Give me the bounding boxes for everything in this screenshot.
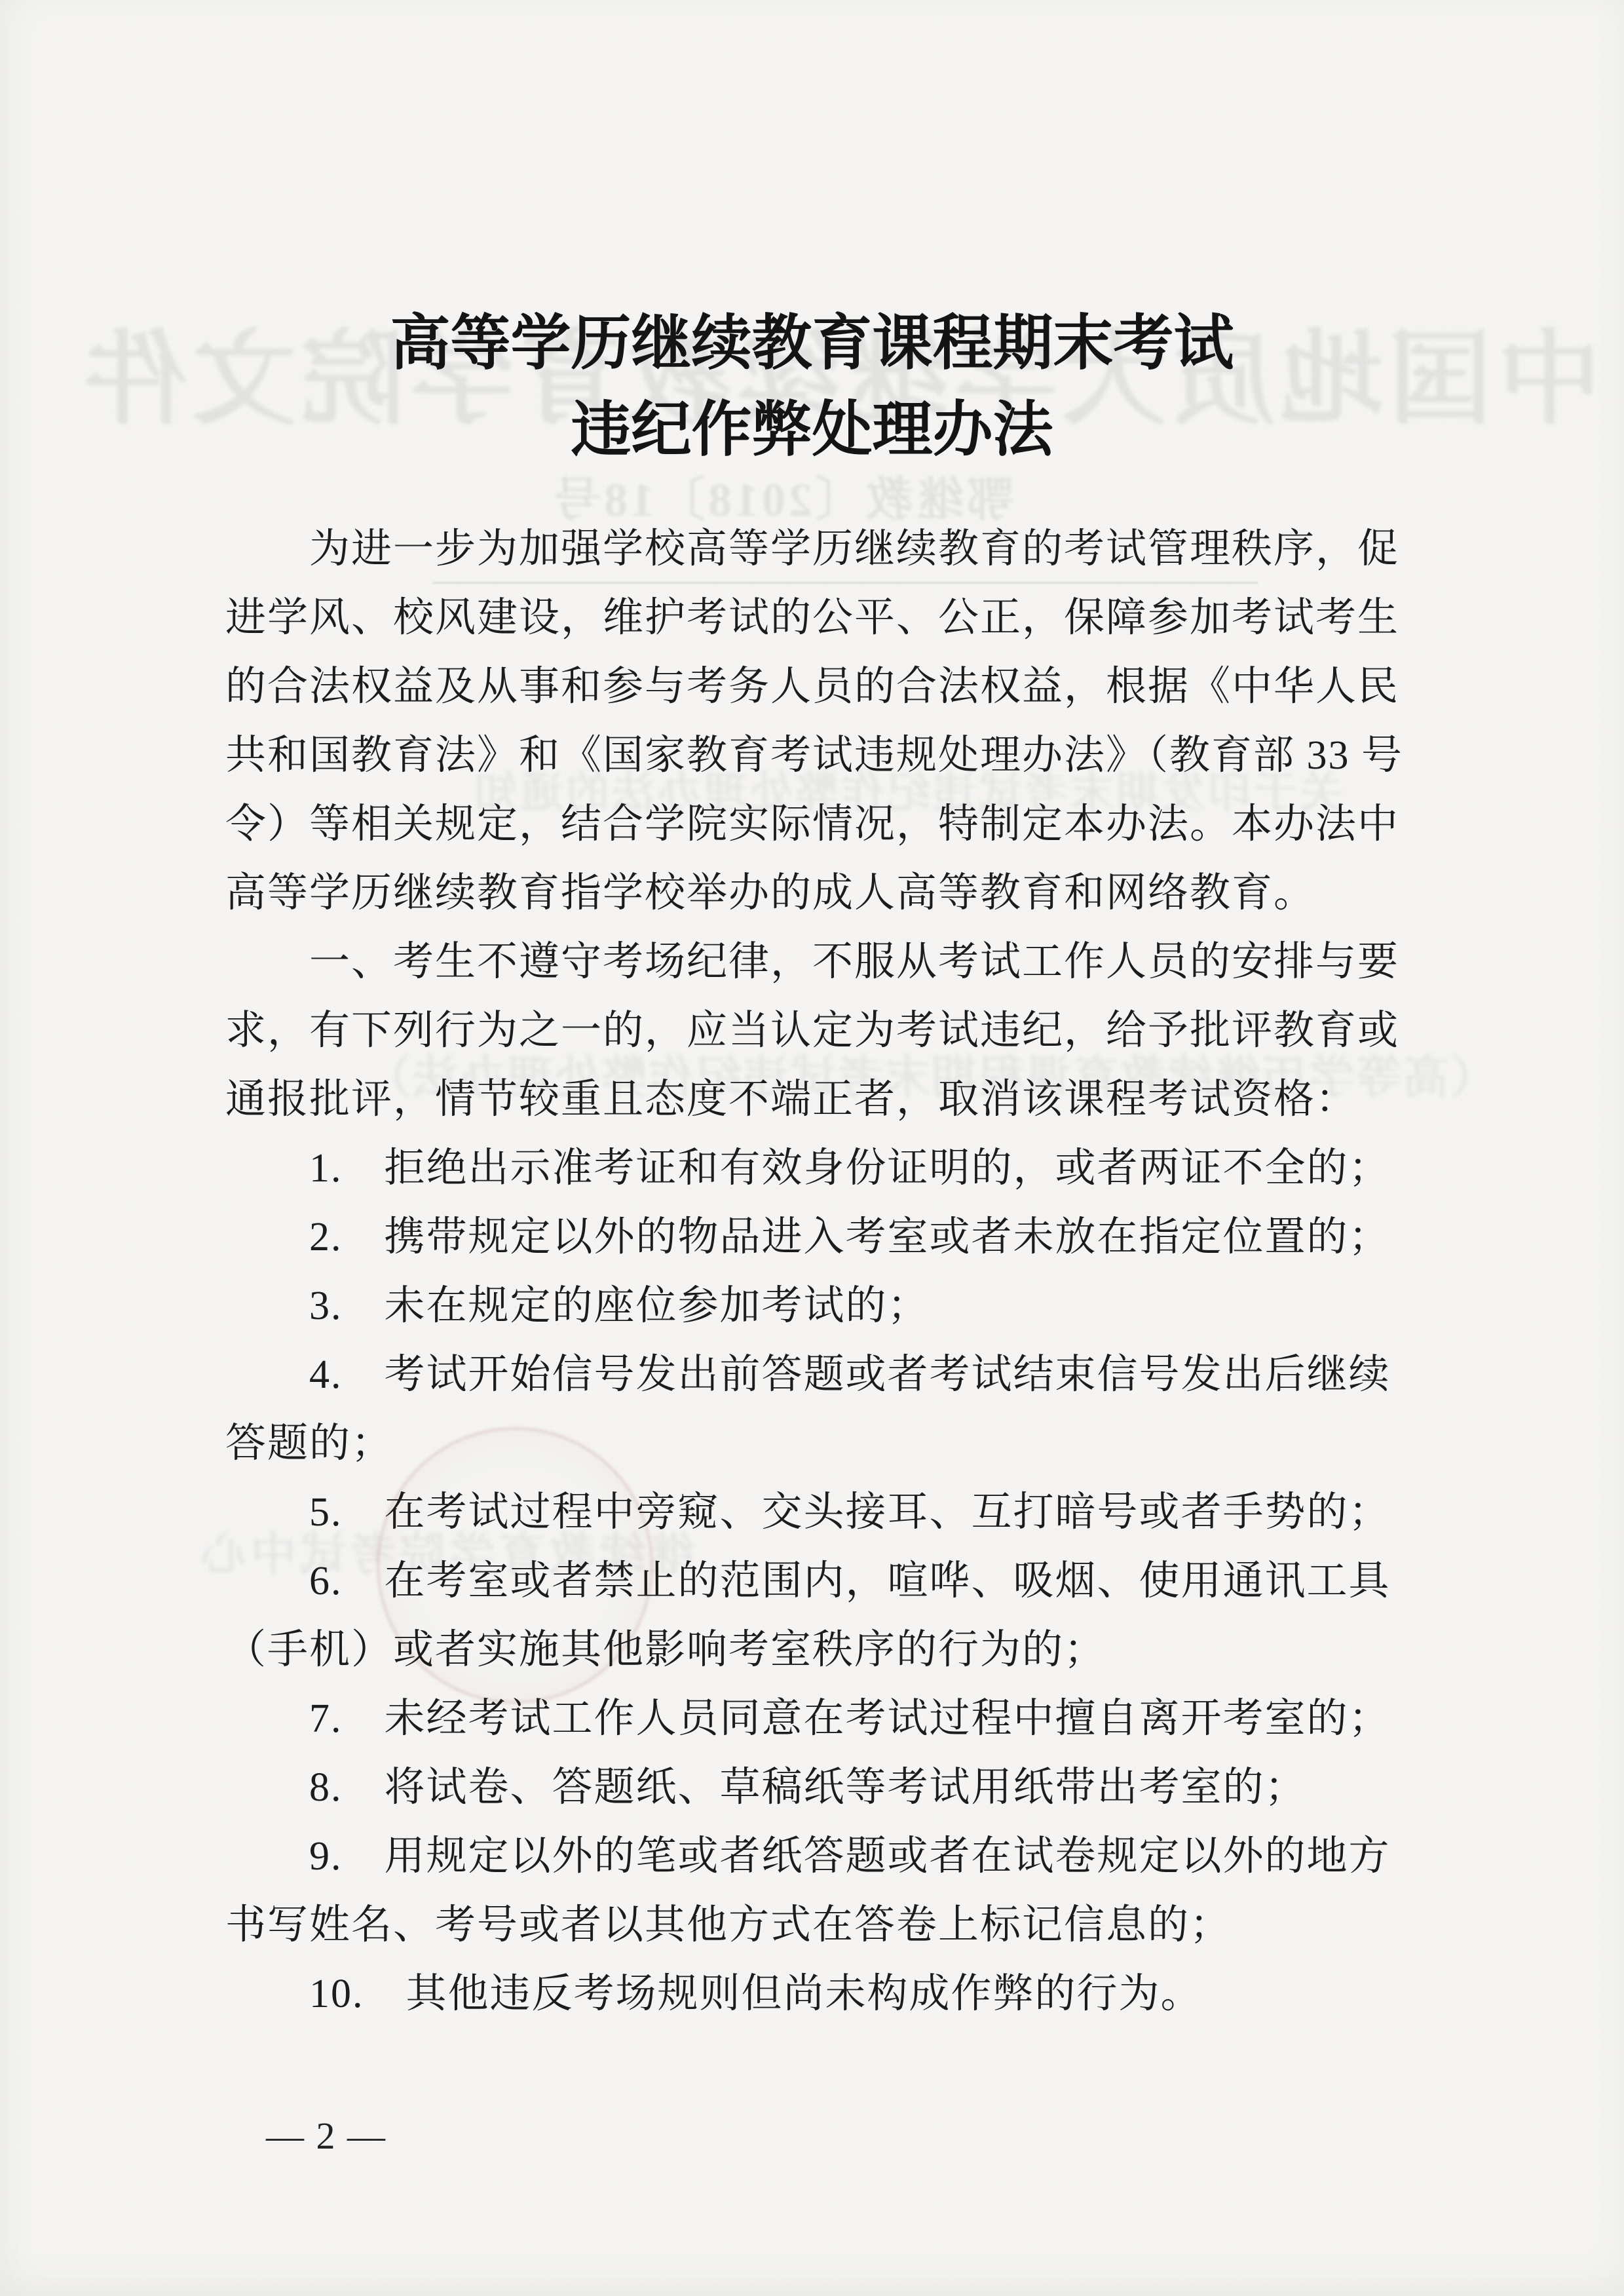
- document-title-line2: 违纪作弊处理办法: [0, 381, 1624, 468]
- document-title-line1: 高等学历继续教育课程期末考试: [0, 295, 1624, 381]
- text-line: 6. 在考室或者禁止的范围内，喧哗、吸烟、使用通讯工具: [225, 1547, 1414, 1616]
- scanned-document-page: 中国地质大学继续教育学院文件 鄂继教〔2018〕18号 关于印发期末考试违纪作弊…: [0, 0, 1624, 2296]
- text-line: 1. 拒绝出示准考证和有效身份证明的，或者两证不全的；: [225, 1134, 1414, 1203]
- text-line: （手机）或者实施其他影响考室秩序的行为的；: [225, 1616, 1414, 1685]
- text-line: 2. 携带规定以外的物品进入考室或者未放在指定位置的；: [225, 1203, 1414, 1272]
- text-line: 5. 在考试过程中旁窥、交头接耳、互打暗号或者手势的；: [225, 1478, 1414, 1547]
- text-line: 进学风、校风建设，维护考试的公平、公正，保障参加考试考生: [225, 584, 1414, 653]
- text-line: 4. 考试开始信号发出前答题或者考试结束信号发出后继续: [225, 1341, 1414, 1409]
- text-line: 8. 将试卷、答题纸、草稿纸等考试用纸带出考室的；: [225, 1753, 1414, 1822]
- text-line: 为进一步为加强学校高等学历继续教育的考试管理秩序，促: [225, 515, 1414, 584]
- text-line: 7. 未经考试工作人员同意在考试过程中擅自离开考室的；: [225, 1685, 1414, 1753]
- text-line: 答题的；: [225, 1409, 1414, 1478]
- text-line: 10. 其他违反考场规则但尚未构成作弊的行为。: [225, 1960, 1414, 2029]
- page-number: — 2 —: [266, 2114, 387, 2158]
- text-line: 通报批评，情节较重且态度不端正者，取消该课程考试资格：: [225, 1065, 1414, 1134]
- text-line: 书写姓名、考号或者以其他方式在答卷上标记信息的；: [225, 1891, 1414, 1960]
- document-body: 为进一步为加强学校高等学历继续教育的考试管理秩序，促进学风、校风建设，维护考试的…: [225, 515, 1414, 2029]
- text-line: 共和国教育法》和《国家教育考试违规处理办法》（教育部 33 号: [225, 721, 1414, 790]
- text-line: 令）等相关规定，结合学院实际情况，特制定本办法。本办法中: [225, 790, 1414, 859]
- text-line: 一、考生不遵守考场纪律，不服从考试工作人员的安排与要: [225, 928, 1414, 997]
- text-line: 9. 用规定以外的笔或者纸答题或者在试卷规定以外的地方: [225, 1822, 1414, 1891]
- text-line: 3. 未在规定的座位参加考试的；: [225, 1272, 1414, 1341]
- text-line: 高等学历继续教育指学校举办的成人高等教育和网络教育。: [225, 859, 1414, 928]
- text-line: 求，有下列行为之一的，应当认定为考试违纪，给予批评教育或: [225, 997, 1414, 1065]
- text-line: 的合法权益及从事和参与考务人员的合法权益，根据《中华人民: [225, 653, 1414, 721]
